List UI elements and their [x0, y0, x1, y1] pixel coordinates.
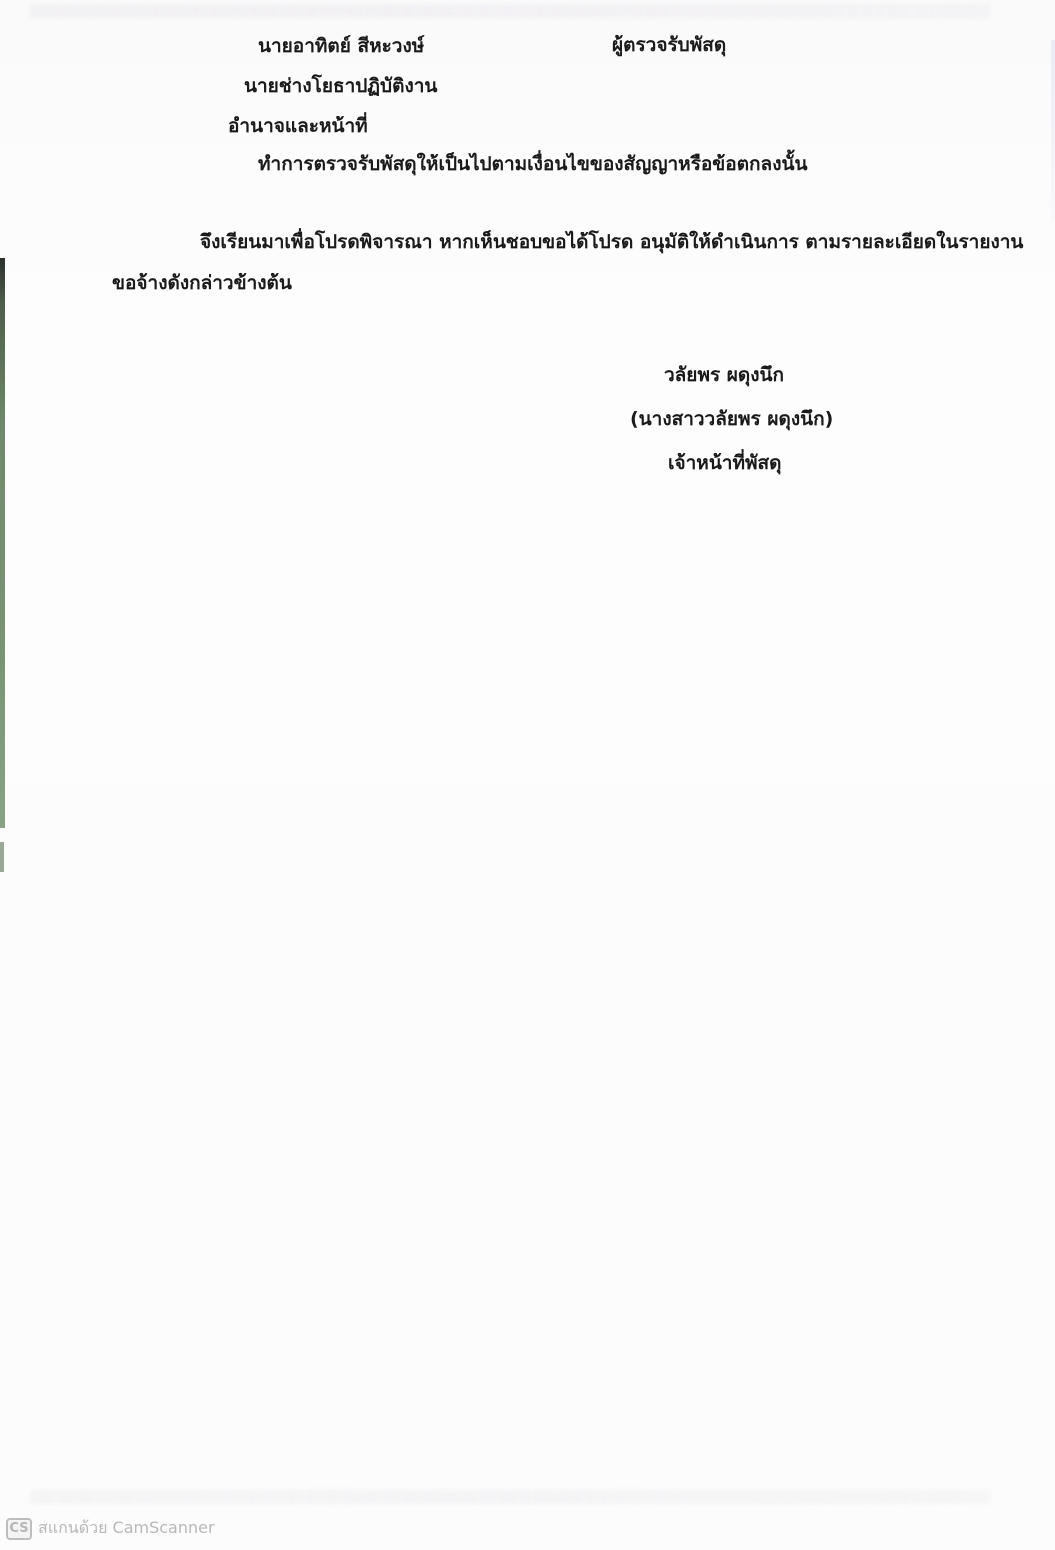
committee-member-position: นายช่างโยธาปฏิบัติงาน	[244, 77, 437, 96]
signature-name: วลัยพร ผดุงนึก	[664, 366, 784, 385]
closing-paragraph-line1: จึงเรียนมาเพื่อโปรดพิจารณา หากเห็นชอบขอไ…	[200, 233, 1023, 252]
scan-bleed-top	[30, 4, 990, 18]
scan-edge-left-lower	[0, 842, 4, 872]
signature-full-name: (นางสาววลัยพร ผดุงนึก)	[630, 410, 833, 429]
committee-member-role: ผู้ตรวจรับพัสดุ	[612, 36, 726, 55]
camscanner-logo-icon: CS	[6, 1518, 32, 1540]
camscanner-watermark: CS สแกนด้วย CamScanner	[6, 1516, 215, 1541]
scan-edge-left	[0, 258, 5, 828]
scanned-page: นายอาทิตย์ สีหะวงษ์ ผู้ตรวจรับพัสดุ นายช…	[0, 0, 1055, 1550]
authority-text: ทำการตรวจรับพัสดุให้เป็นไปตามเงื่อนไขของ…	[258, 155, 807, 174]
watermark-text: สแกนด้วย CamScanner	[38, 1516, 215, 1541]
scan-edge-right	[1051, 40, 1055, 220]
signature-title: เจ้าหน้าที่พัสดุ	[668, 454, 781, 473]
closing-paragraph-line2: ขอจ้างดังกล่าวข้างต้น	[112, 274, 292, 293]
committee-member-name: นายอาทิตย์ สีหะวงษ์	[258, 37, 424, 56]
scan-bleed-bottom	[30, 1490, 990, 1504]
authority-heading: อำนาจและหน้าที่	[228, 117, 368, 136]
